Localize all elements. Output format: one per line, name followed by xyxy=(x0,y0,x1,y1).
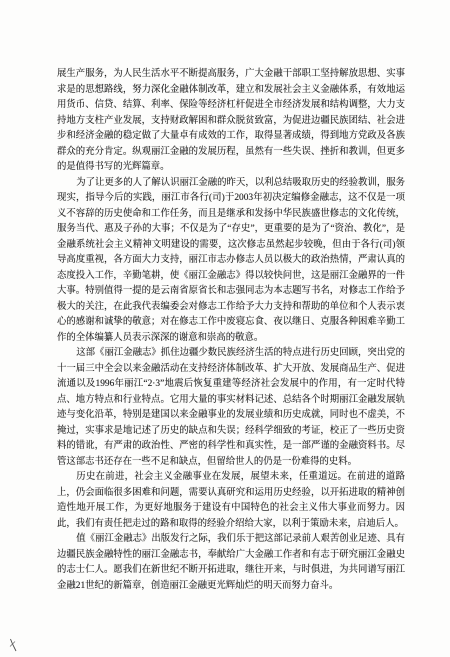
paragraph-2: 为了让更多的人了解认识丽江金融的昨天，以利总结吸取历史的经验教训，服务现实，指导… xyxy=(57,176,405,347)
pen-mark-artifact xyxy=(7,637,21,653)
paragraph-5: 值《丽江金融志》出版发行之际，我们乐于把这部记录前人艰苦创业足迹、具有边疆民族金… xyxy=(57,532,405,594)
preface-text-block: 展生产服务，为人民生活水平不断提高服务，广大金融干部职工坚持解放思想、实事求是的… xyxy=(57,67,405,594)
scanned-page: 展生产服务，为人民生活水平不断提高服务，广大金融干部职工坚持解放思想、实事求是的… xyxy=(0,0,450,657)
paragraph-4: 历史在前进，社会主义金融事业在发展，展望未来，任重道远。在前进的道路上，仍会面临… xyxy=(57,470,405,532)
paragraph-1: 展生产服务，为人民生活水平不断提高服务，广大金融干部职工坚持解放思想、实事求是的… xyxy=(57,67,405,176)
paragraph-3: 这部《丽江金融志》抓住边疆少数民族经济生活的特点进行历史回顾，突出党的十一届三中… xyxy=(57,346,405,470)
